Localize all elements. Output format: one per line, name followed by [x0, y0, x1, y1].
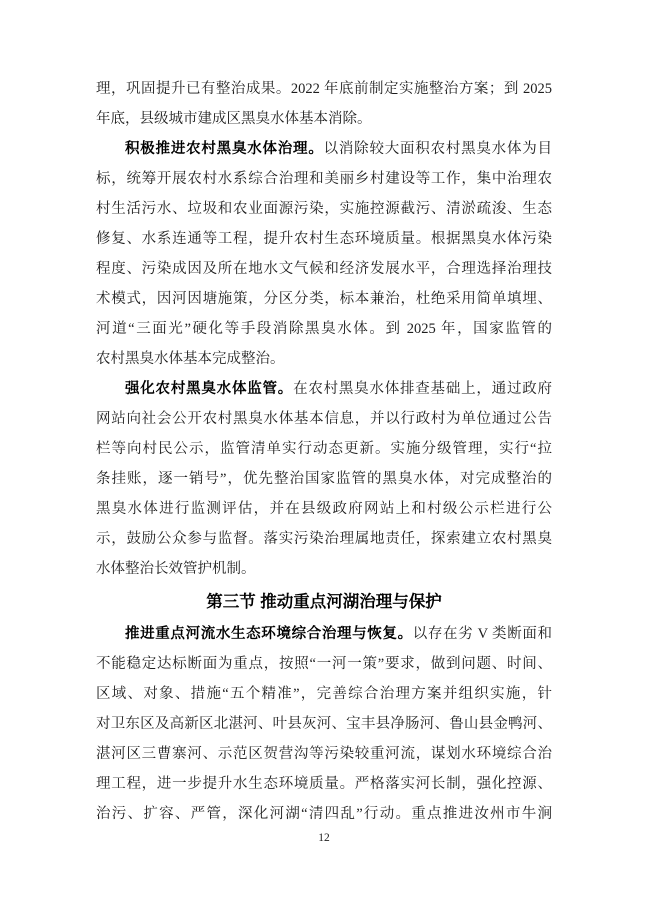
- text-segment: 理，巩固提升已有整治成果。2022 年底前制定实施整治方案；到 2025: [96, 81, 552, 97]
- text-line: 区域、对象、措施“五个精准”，完善综合治理方案并组织实施，针: [96, 679, 552, 709]
- text-segment: 术模式，因河因塘施策，分区分类，标本兼治，杜绝采用简单填埋、: [96, 291, 552, 307]
- text-segment: 年底，县级城市建成区黑臭水体基本消除。: [96, 111, 372, 127]
- text-segment: 在农村黑臭水体排查基础上，通过政府: [293, 381, 552, 397]
- paragraph-lead-bold: 积极推进农村黑臭水体治理。: [125, 141, 324, 157]
- text-line: 湛河区三曹寨河、示范区贺营沟等污染较重河流，谋划水环境综合治: [96, 739, 552, 769]
- text-segment: 湛河区三曹寨河、示范区贺营沟等污染较重河流，谋划水环境综合治: [96, 746, 552, 762]
- para-key-river-restoration: 推进重点河流水生态环境综合治理与恢复。以存在劣 V 类断面和不能稳定达标断面为重…: [96, 619, 552, 829]
- text-segment: 治污、扩容、严管，深化河湖“清四乱”行动。重点推进汝州市牛涧: [96, 806, 552, 822]
- text-line: 不能稳定达标断面为重点，按照“一河一策”要求，做到问题、时间、: [96, 649, 552, 679]
- text-segment: 标，统筹开展农村水系综合治理和美丽乡村建设等工作，集中治理农: [96, 171, 552, 187]
- para-rural-blackwater-treatment: 积极推进农村黑臭水体治理。以消除较大面积农村黑臭水体为目标，统筹开展农村水系综合…: [96, 134, 552, 374]
- text-line: 河道“三面光”硬化等手段消除黑臭水体。到 2025 年，国家监管的: [96, 314, 552, 344]
- text-line: 修复、水系连通等工程，提升农村生态环境质量。根据黑臭水体污染: [96, 224, 552, 254]
- text-line: 程度、污染成因及所在地水文气候和经济发展水平，合理选择治理技: [96, 254, 552, 284]
- text-line: 治污、扩容、严管，深化河湖“清四乱”行动。重点推进汝州市牛涧: [96, 799, 552, 829]
- paragraph-lead-bold: 推进重点河流水生态环境综合治理与恢复。: [125, 626, 413, 642]
- text-segment: 网站向社会公开农村黑臭水体基本信息，并以行政村为单位通过公告: [96, 411, 552, 427]
- text-segment: 水体整治长效管护机制。: [96, 561, 256, 577]
- text-line: 黑臭水体进行监测评估，并在县级政府网站上和村级公示栏进行公: [96, 494, 552, 524]
- text-segment: 黑臭水体进行监测评估，并在县级政府网站上和村级公示栏进行公: [96, 501, 552, 517]
- text-line: 强化农村黑臭水体监管。在农村黑臭水体排查基础上，通过政府: [96, 374, 552, 404]
- text-segment: 条挂账，逐一销号”，优先整治国家监管的黑臭水体，对完成整治的: [96, 471, 552, 487]
- page-number: 12: [96, 831, 552, 845]
- text-line: 理工程，进一步提升水生态环境质量。严格落实河长制，强化控源、: [96, 769, 552, 799]
- text-segment: 不能稳定达标断面为重点，按照“一河一策”要求，做到问题、时间、: [96, 656, 552, 672]
- text-line: 栏等向村民公示，监管清单实行动态更新。实施分级管理，实行“拉: [96, 434, 552, 464]
- text-line: 农村黑臭水体基本完成整治。: [96, 344, 552, 374]
- text-segment: 区域、对象、措施“五个精准”，完善综合治理方案并组织实施，针: [96, 686, 552, 702]
- text-line: 积极推进农村黑臭水体治理。以消除较大面积农村黑臭水体为目: [96, 134, 552, 164]
- text-line: 示，鼓励公众参与监督。落实污染治理属地责任，探索建立农村黑臭: [96, 524, 552, 554]
- document-content: 理，巩固提升已有整治成果。2022 年底前制定实施整治方案；到 2025年底，县…: [96, 74, 552, 829]
- document-page: 理，巩固提升已有整治成果。2022 年底前制定实施整治方案；到 2025年底，县…: [0, 0, 650, 919]
- text-line: 年底，县级城市建成区黑臭水体基本消除。: [96, 104, 552, 134]
- text-segment: 对卫东区及高新区北湛河、叶县灰河、宝丰县净肠河、鲁山县金鸭河、: [96, 716, 552, 732]
- text-segment: 栏等向村民公示，监管清单实行动态更新。实施分级管理，实行“拉: [96, 441, 552, 457]
- text-segment: 农村黑臭水体基本完成整治。: [96, 351, 285, 367]
- text-segment: 示，鼓励公众参与监督。落实污染治理属地责任，探索建立农村黑臭: [96, 531, 552, 547]
- text-line: 对卫东区及高新区北湛河、叶县灰河、宝丰县净肠河、鲁山县金鸭河、: [96, 709, 552, 739]
- text-segment: 理工程，进一步提升水生态环境质量。严格落实河长制，强化控源、: [96, 776, 552, 792]
- text-line: 网站向社会公开农村黑臭水体基本信息，并以行政村为单位通过公告: [96, 404, 552, 434]
- section-heading: 第三节 推动重点河湖治理与保护: [96, 586, 552, 619]
- text-line: 术模式，因河因塘施策，分区分类，标本兼治，杜绝采用简单填埋、: [96, 284, 552, 314]
- text-line: 水体整治长效管护机制。: [96, 554, 552, 584]
- text-line: 推进重点河流水生态环境综合治理与恢复。以存在劣 V 类断面和: [96, 619, 552, 649]
- text-segment: 河道“三面光”硬化等手段消除黑臭水体。到 2025 年，国家监管的: [96, 321, 552, 337]
- text-segment: 以消除较大面积农村黑臭水体为目: [324, 141, 552, 157]
- text-segment: 以存在劣 V 类断面和: [413, 626, 552, 642]
- text-line: 村生活污水、垃圾和农业面源污染，实施控源截污、清淤疏浚、生态: [96, 194, 552, 224]
- text-line: 条挂账，逐一销号”，优先整治国家监管的黑臭水体，对完成整治的: [96, 464, 552, 494]
- text-segment: 修复、水系连通等工程，提升农村生态环境质量。根据黑臭水体污染: [96, 231, 552, 247]
- text-line: 标，统筹开展农村水系综合治理和美丽乡村建设等工作，集中治理农: [96, 164, 552, 194]
- paragraph-lead-bold: 强化农村黑臭水体监管。: [125, 381, 293, 397]
- para-rural-blackwater-supervision: 强化农村黑臭水体监管。在农村黑臭水体排查基础上，通过政府网站向社会公开农村黑臭水…: [96, 374, 552, 584]
- text-segment: 程度、污染成因及所在地水文气候和经济发展水平，合理选择治理技: [96, 261, 552, 277]
- text-line: 理，巩固提升已有整治成果。2022 年底前制定实施整治方案；到 2025: [96, 74, 552, 104]
- text-segment: 村生活污水、垃圾和农业面源污染，实施控源截污、清淤疏浚、生态: [96, 201, 552, 217]
- para-urban-blackwater-continuation: 理，巩固提升已有整治成果。2022 年底前制定实施整治方案；到 2025年底，县…: [96, 74, 552, 134]
